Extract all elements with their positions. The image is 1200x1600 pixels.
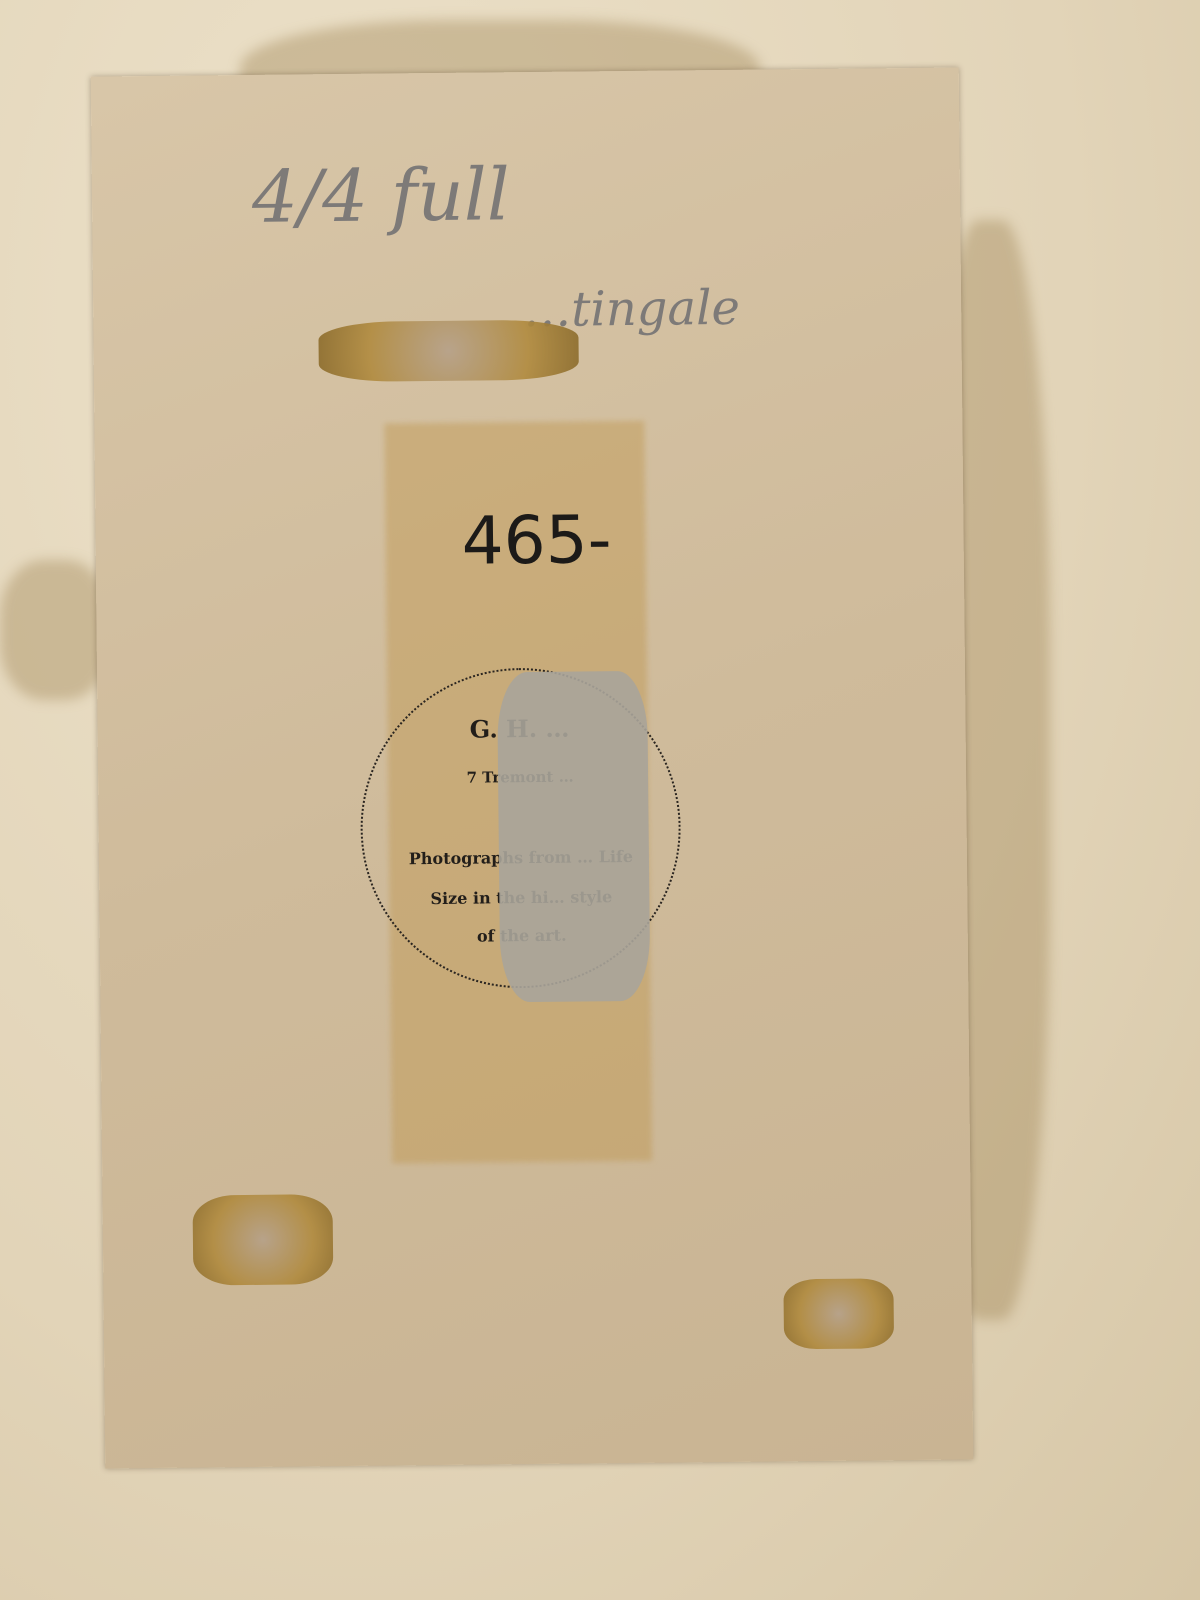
pencil-note-line1: 4/4 full bbox=[252, 152, 511, 239]
glue-residue-bottom-right bbox=[783, 1278, 894, 1349]
ink-inventory-number: 465- bbox=[461, 501, 612, 580]
glue-residue-top bbox=[318, 319, 579, 382]
paper-tear bbox=[497, 671, 650, 1003]
glue-residue-bottom-left bbox=[192, 1194, 333, 1285]
background-stain bbox=[0, 560, 110, 700]
photo-card-back: 4/4 full …tingale 465- G. H. … 7 Tremont… bbox=[91, 67, 974, 1468]
